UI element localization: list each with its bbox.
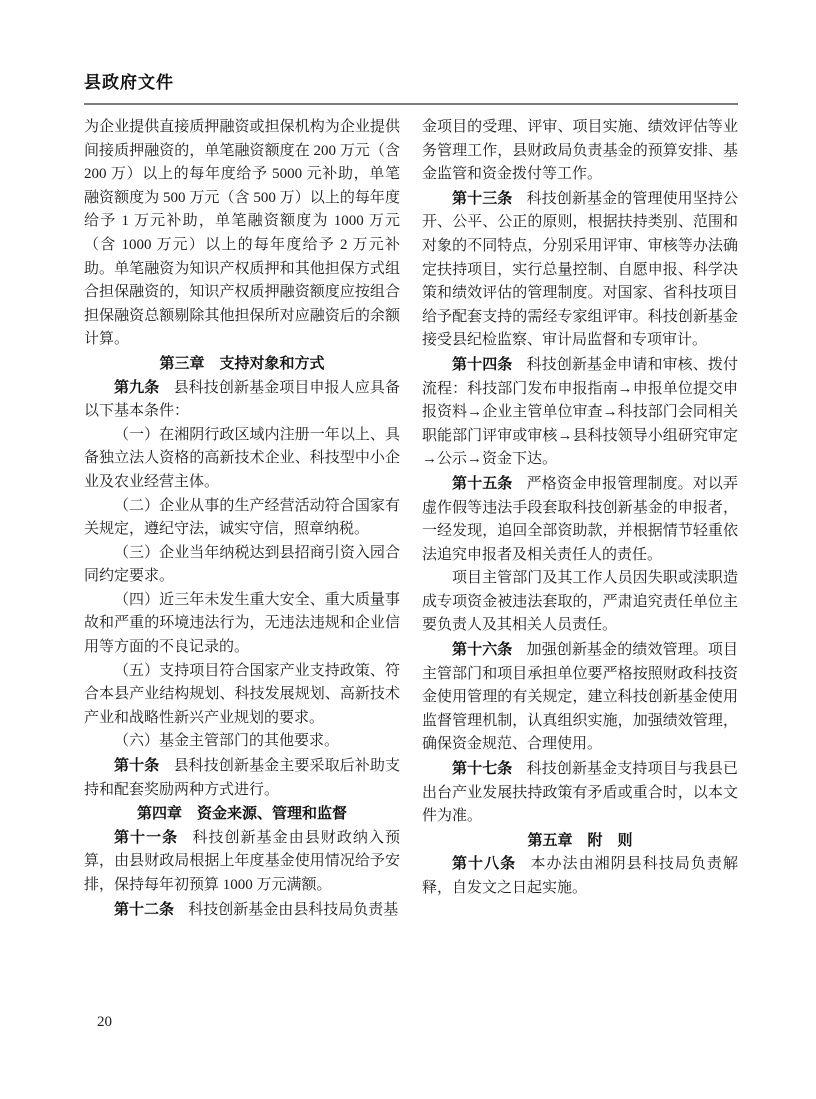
column-left: 为企业提供直接质押融资或担保机构为企业提供间接质押融资的，单笔融资额度在 200… bbox=[84, 116, 400, 922]
paragraph: 为企业提供直接质押融资或担保机构为企业提供间接质押融资的，单笔融资额度在 200… bbox=[84, 116, 400, 352]
chapter-heading: 第五章 附 则 bbox=[422, 829, 738, 853]
article-number: 第十一条 bbox=[114, 829, 178, 846]
paragraph: 第十三条科技创新基金的管理使用坚持公开、公平、公正的原则，根据扶持类别、范围和对… bbox=[422, 187, 738, 353]
paragraph: 第十七条科技创新基金支持项目与我县已出台产业发展扶持政策有矛盾或重合时，以本文件… bbox=[422, 757, 738, 829]
article-number: 第十五条 bbox=[452, 475, 512, 492]
paragraph: （三）企业当年纳税达到县招商引资入园合同约定要求。 bbox=[84, 542, 400, 589]
paragraph: （六）基金主管部门的其他要求。 bbox=[84, 730, 400, 754]
article-number: 第十二条 bbox=[114, 901, 174, 918]
article-number: 第十八条 bbox=[452, 855, 516, 872]
article-number: 第十七条 bbox=[452, 760, 512, 777]
paragraph: （一）在湘阴行政区域内注册一年以上、具备独立法人资格的高新技术企业、科技型中小企… bbox=[84, 424, 400, 495]
paragraph: （二）企业从事的生产经营活动符合国家有关规定，遵纪守法，诚实守信，照章纳税。 bbox=[84, 495, 400, 542]
page-number: 20 bbox=[97, 1014, 112, 1031]
paragraph-text: 科技创新基金的管理使用坚持公开、公平、公正的原则，根据扶持类别、范围和对象的不同… bbox=[422, 191, 738, 349]
paragraph-text: 科技创新基金由县科技局负责基 bbox=[188, 902, 398, 918]
article-number: 第十三条 bbox=[452, 190, 512, 207]
chapter-heading: 第四章 资金来源、管理和监督 bbox=[84, 802, 400, 826]
document-body: 为企业提供直接质押融资或担保机构为企业提供间接质押融资的，单笔融资额度在 200… bbox=[84, 116, 738, 922]
paragraph: （四）近三年未发生重大安全、重大质量事故和严重的环境违法行为，无违法违规和企业信… bbox=[84, 589, 400, 660]
paragraph: （五）支持项目符合国家产业支持政策、符合本县产业结构规划、科技发展规划、高新技术… bbox=[84, 660, 400, 731]
header-rule bbox=[84, 103, 738, 105]
document-page: 县政府文件 为企业提供直接质押融资或担保机构为企业提供间接质押融资的，单笔融资额… bbox=[0, 0, 816, 1099]
article-number: 第十条 bbox=[114, 757, 159, 774]
paragraph: 第十八条本办法由湘阴县科技局负责解释，自发文之日起实施。 bbox=[422, 852, 738, 900]
paragraph-text: 科技创新基金申请和审核、拨付流程：科技部门发布申报指南→申报单位提交申报资料→企… bbox=[422, 357, 738, 467]
paragraph: 第九条县科技创新基金项目申报人应具备以下基本条件： bbox=[84, 376, 400, 424]
paragraph: 第十五条严格资金申报管理制度。对以弄虚作假等违法手段套取科技创新基金的申报者，一… bbox=[422, 472, 738, 567]
paragraph: 项目主管部门及其工作人员因失职或渎职造成专项资金被违法套取的，严肃追究责任单位主… bbox=[422, 567, 738, 638]
column-right: 金项目的受理、评审、项目实施、绩效评估等业务管理工作，县财政局负责基金的预算安排… bbox=[422, 116, 738, 922]
paragraph: 第十四条科技创新基金申请和审核、拨付流程：科技部门发布申报指南→申报单位提交申报… bbox=[422, 353, 738, 472]
paragraph: 第十六条加强创新基金的绩效管理。项目主管部门和项目承担单位要严格按照财政科技资金… bbox=[422, 638, 738, 757]
page-header-title: 县政府文件 bbox=[84, 68, 174, 93]
article-number: 第十六条 bbox=[452, 641, 512, 658]
paragraph: 金项目的受理、评审、项目实施、绩效评估等业务管理工作，县财政局负责基金的预算安排… bbox=[422, 116, 738, 187]
chapter-heading: 第三章 支持对象和方式 bbox=[84, 352, 400, 376]
paragraph: 第十一条科技创新基金由县财政纳入预算，由县财政局根据上年度基金使用情况给予安排，… bbox=[84, 826, 400, 898]
paragraph: 第十条县科技创新基金主要采取后补助支持和配套奖励两种方式进行。 bbox=[84, 754, 400, 802]
paragraph-text: 加强创新基金的绩效管理。项目主管部门和项目承担单位要严格按照财政科技资金使用管理… bbox=[422, 642, 738, 752]
paragraph: 第十二条科技创新基金由县科技局负责基 bbox=[84, 898, 400, 923]
article-number: 第九条 bbox=[114, 379, 159, 396]
article-number: 第十四条 bbox=[452, 356, 512, 373]
